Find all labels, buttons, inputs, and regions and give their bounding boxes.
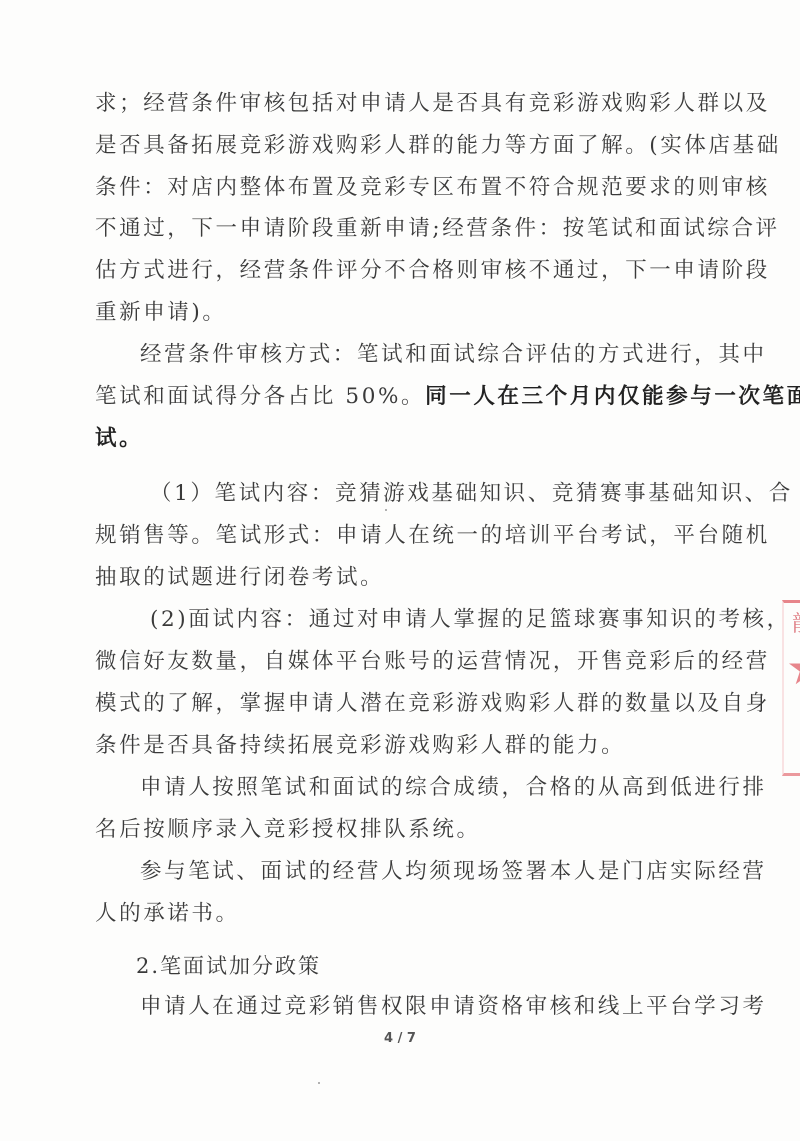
red-seal-stamp: 龍 ★ xyxy=(782,600,800,776)
text-line: 求；经营条件审核包括对申请人是否具有竞彩游戏购彩人群以及 xyxy=(95,90,720,118)
text-line: 模式的了解，掌握申请人潜在竞彩游戏购彩人群的数量以及自身 xyxy=(95,690,720,718)
text-line: 条件是否具备持续拓展竞彩游戏购彩人群的能力。 xyxy=(95,732,720,760)
scan-speck xyxy=(385,509,387,511)
text-bold-emphasis: 试。 xyxy=(95,425,720,453)
scan-speck xyxy=(578,358,580,360)
paragraph-ranking: 申请人按照笔试和面试的综合成绩，合格的从高到低进行排 xyxy=(140,774,720,802)
scan-speck xyxy=(318,1082,320,1084)
stamp-character: 龍 xyxy=(792,607,800,638)
text-line: 规销售等。笔试形式：申请人在统一的培训平台考试，平台随机 xyxy=(95,522,720,550)
paragraph-review-method: 经营条件审核方式：笔试和面试综合评估的方式进行，其中 xyxy=(140,341,720,369)
text-line: 名后按顺序录入竞彩授权排队系统。 xyxy=(95,816,720,844)
text-line: 不通过，下一申请阶段重新申请;经营条件：按笔试和面试综合评 xyxy=(95,215,720,243)
text-line: 估方式进行，经营条件评分不合格则审核不通过，下一申请阶段 xyxy=(95,257,720,285)
text-line: 条件：对店内整体布置及竞彩专区布置不符合规范要求的则审核 xyxy=(95,174,720,202)
document-page: 求；经营条件审核包括对申请人是否具有竞彩游戏购彩人群以及 是否具备拓展竞彩游戏购… xyxy=(0,0,800,1141)
paragraph-written-test: （1）笔试内容：竞猜游戏基础知识、竞猜赛事基础知识、合 xyxy=(150,480,720,508)
star-icon: ★ xyxy=(786,645,800,691)
text-bold-emphasis: 同一人在三个月内仅能参与一次笔面 xyxy=(425,384,800,409)
text-line: 微信好友数量，自媒体平台账号的运营情况，开售竞彩后的经营 xyxy=(95,648,720,676)
section-heading: 2.笔面试加分政策 xyxy=(136,952,321,980)
text-line: 笔试和面试得分各占比 50%。同一人在三个月内仅能参与一次笔面 xyxy=(95,383,720,411)
paragraph-bonus-policy: 申请人在通过竞彩销售权限申请资格审核和线上平台学习考 xyxy=(140,993,720,1021)
text-line: 人的承诺书。 xyxy=(95,900,720,928)
text-line: 重新申请)。 xyxy=(95,299,720,327)
text-line: 是否具备拓展竞彩游戏购彩人群的能力等方面了解。(实体店基础 xyxy=(95,132,720,160)
page-number: 4 / 7 xyxy=(0,1031,800,1046)
text-normal: 笔试和面试得分各占比 50%。 xyxy=(95,384,425,409)
text-line: 抽取的试题进行闭卷考试。 xyxy=(95,564,720,592)
paragraph-interview: (2)面试内容：通过对申请人掌握的足篮球赛事知识的考核， xyxy=(150,606,720,634)
paragraph-commitment: 参与笔试、面试的经营人均须现场签署本人是门店实际经营 xyxy=(140,858,720,886)
